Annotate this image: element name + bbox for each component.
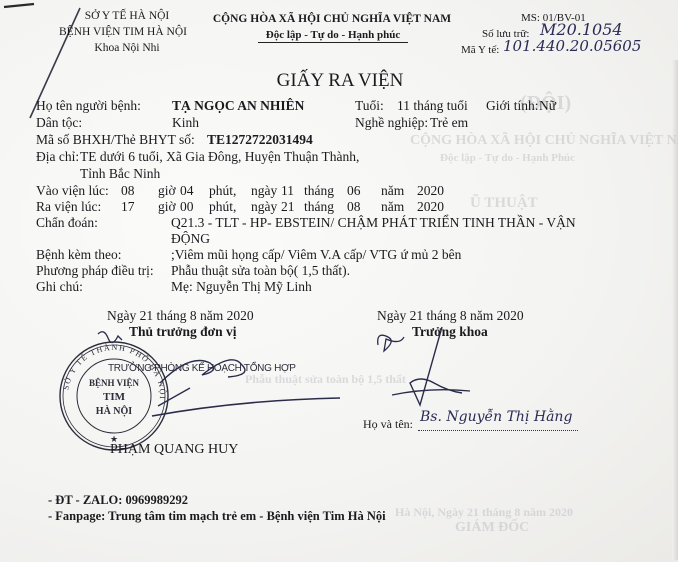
treatment-value: Phẫu thuật sửa toàn bộ( 1,5 thất). bbox=[171, 263, 350, 279]
hospital-name: BỆNH VIỆN TIM HÀ NỘI bbox=[28, 26, 218, 38]
admission-day: 11 bbox=[281, 183, 294, 199]
diagnosis-line1: Q21.3 - TLT - HP- EBSTEIN/ CHẬM PHÁT TRI… bbox=[171, 215, 576, 231]
document-title: GIẤY RA VIỆN bbox=[200, 70, 480, 92]
hour-unit: giờ bbox=[158, 183, 176, 199]
month-label: tháng bbox=[304, 199, 334, 215]
bleed-text: CỘNG HÒA XÃ HỘI CHỦ NGHĨA VIỆT NAM bbox=[410, 133, 678, 149]
address-line2: Tỉnh Bắc Ninh bbox=[80, 166, 160, 182]
day-label: ngày bbox=[251, 183, 277, 199]
left-signature-icon bbox=[90, 328, 350, 418]
diagnosis-line2: ĐỘNG bbox=[171, 231, 210, 247]
discharge-day: 21 bbox=[281, 199, 295, 215]
occupation-label: Nghề nghiệp: bbox=[355, 115, 428, 131]
bleed-text: Độc lập - Tự do - Hạnh Phúc bbox=[440, 152, 575, 164]
right-signer-label: Họ và tên: bbox=[363, 417, 413, 432]
discharge-paper: (ĐỘI) CỘNG HÒA XÃ HỘI CHỦ NGHĨA VIỆT NAM… bbox=[0, 0, 678, 562]
insurance-number: TE1272722031494 bbox=[207, 132, 313, 148]
admission-minute: 04 bbox=[180, 183, 194, 199]
bleed-text: GIÁM ĐỐC bbox=[455, 520, 529, 536]
treatment-label: Phương pháp điều trị: bbox=[36, 263, 154, 279]
occupation-value: Trẻ em bbox=[430, 115, 468, 131]
address-label: Địa chỉ: bbox=[36, 149, 79, 165]
comorbidity-label: Bệnh kèm theo: bbox=[36, 247, 121, 263]
age-label: Tuổi: bbox=[355, 98, 384, 114]
insurance-label: Mã số BHXH/Thẻ BHYT số: bbox=[36, 132, 195, 148]
medical-id-label: Mã Y tế: bbox=[461, 44, 499, 56]
medical-id-value: 101.440.20.05605 bbox=[503, 37, 641, 55]
discharge-minute: 00 bbox=[180, 199, 194, 215]
day-label: ngày bbox=[251, 199, 277, 215]
note-label: Ghi chú: bbox=[36, 279, 83, 295]
right-signature-icon bbox=[370, 325, 490, 410]
admission-month: 06 bbox=[347, 183, 361, 199]
comorbidity-value: ;Viêm mũi họng cấp/ Viêm V.A cấp/ VTG ứ … bbox=[171, 247, 461, 263]
minute-unit: phút, bbox=[209, 183, 236, 199]
discharge-label: Ra viện lúc: bbox=[36, 199, 101, 215]
month-label: tháng bbox=[304, 183, 334, 199]
left-signer-name: PHẠM QUANG HUY bbox=[110, 442, 238, 458]
right-signature-date: Ngày 21 tháng 8 năm 2020 bbox=[377, 308, 524, 324]
bleed-text: Ũ THUẬT bbox=[470, 195, 538, 212]
discharge-year: 2020 bbox=[417, 199, 444, 215]
national-motto: Độc lập - Tự do - Hạnh phúc bbox=[258, 29, 408, 43]
discharge-hour: 17 bbox=[121, 199, 135, 215]
minute-unit: phút, bbox=[209, 199, 236, 215]
patient-name: TẠ NGỌC AN NHIÊN bbox=[172, 98, 304, 114]
discharge-month: 08 bbox=[347, 199, 361, 215]
year-label: năm bbox=[381, 183, 404, 199]
ethnicity-value: Kinh bbox=[172, 115, 199, 131]
bleed-text: Hà Nội, Ngày 21 tháng 8 năm 2020 bbox=[395, 505, 573, 520]
patient-name-label: Họ tên người bệnh: bbox=[36, 98, 141, 114]
age-value: 11 tháng tuổi bbox=[397, 98, 468, 114]
admission-year: 2020 bbox=[417, 183, 444, 199]
ethnicity-label: Dân tộc: bbox=[36, 115, 82, 131]
right-signer-name: Bs. Nguyễn Thị Hằng bbox=[420, 409, 572, 425]
gender-label: Giới tính: bbox=[486, 98, 539, 114]
left-signature-date: Ngày 21 tháng 8 năm 2020 bbox=[107, 308, 254, 324]
ministry-name: SỞ Y TẾ HÀ NỘI bbox=[52, 10, 202, 22]
contact-line: - ĐT - ZALO: 0969989292 bbox=[48, 493, 188, 508]
department-name: Khoa Nội Nhi bbox=[52, 42, 202, 54]
gender-value: Nữ bbox=[539, 98, 556, 114]
national-title: CỘNG HÒA XÃ HỘI CHỦ NGHĨA VIỆT NAM bbox=[212, 13, 452, 25]
fanpage-line: - Fanpage: Trung tâm tim mạch trẻ em - B… bbox=[48, 509, 386, 524]
address-line1: TE dưới 6 tuổi, Xã Gia Đông, Huyện Thuận… bbox=[80, 149, 359, 165]
year-label: năm bbox=[381, 199, 404, 215]
diagnosis-label: Chẩn đoán: bbox=[36, 215, 98, 231]
admission-label: Vào viện lúc: bbox=[36, 183, 109, 199]
hour-unit: giờ bbox=[158, 199, 176, 215]
admission-hour: 08 bbox=[121, 183, 135, 199]
note-value: Mẹ: Nguyễn Thị Mỹ Linh bbox=[171, 279, 312, 295]
